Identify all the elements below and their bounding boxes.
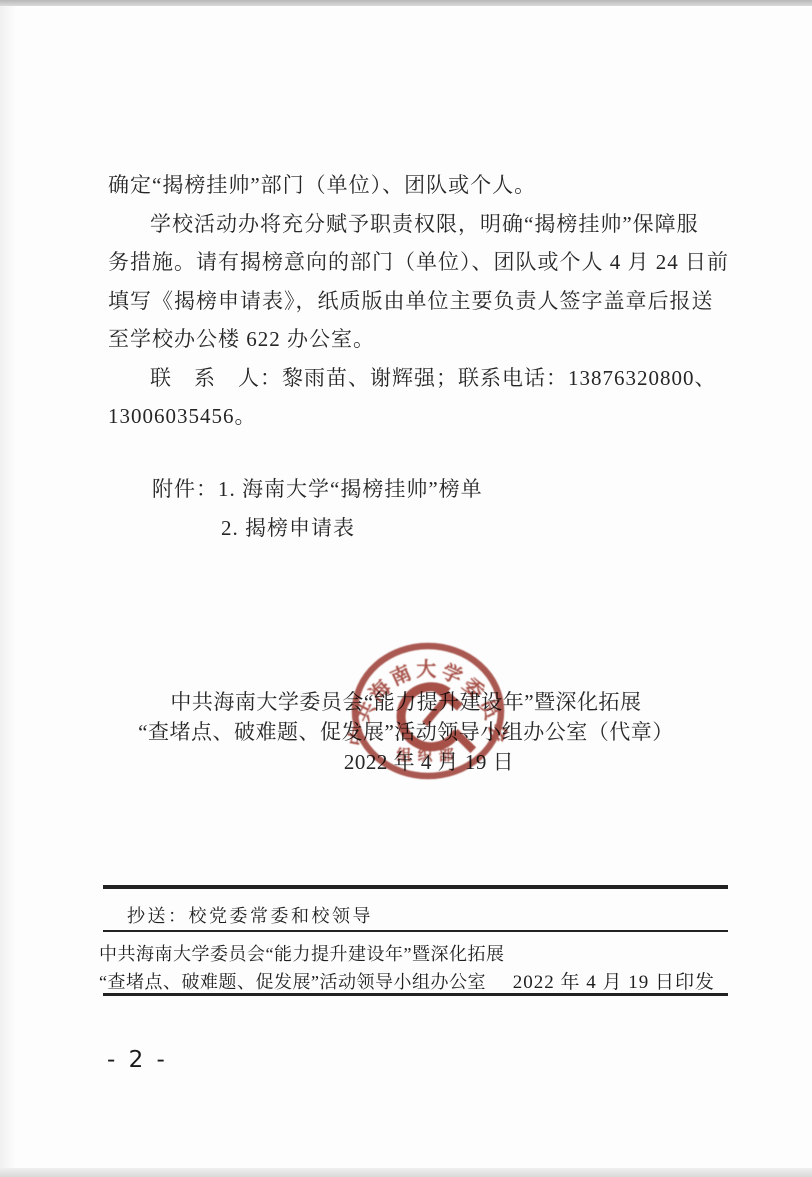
footer-rule-bottom	[103, 993, 728, 996]
body-line: 务措施。请有揭榜意向的部门（单位）、团队或个人 4 月 24 日前	[108, 243, 752, 282]
contact-phone-line: 13006035456。	[108, 397, 752, 436]
contact-line: 联 系 人：黎雨苗、谢辉强；联系电话：13876320800、	[108, 359, 752, 398]
seal-bottom-text: 组织部	[396, 746, 459, 764]
attachments: 附件：1. 海南大学“揭榜挂帅”榜单 2. 揭榜申请表	[108, 470, 728, 548]
scan-edge-top	[0, 0, 812, 6]
attachment-item-1: 附件：1. 海南大学“揭榜挂帅”榜单	[108, 470, 728, 509]
footer-issuer-line2: “查堵点、破难题、促发展”活动领导小组办公室	[99, 968, 486, 994]
document-page: 确定“揭榜挂帅”部门（单位）、团队或个人。 学校活动办将充分赋予职责权限，明确“…	[0, 0, 812, 1177]
body-line: 填写《揭榜申请表》，纸质版由单位主要负责人签字盖章后报送	[108, 282, 752, 321]
footer-rule-top	[103, 885, 728, 889]
footer-rule-middle	[103, 930, 728, 932]
official-red-seal: 中共海南大学委员会 组织部	[347, 638, 509, 784]
attachment-item-2: 2. 揭榜申请表	[108, 509, 728, 548]
body-line: 至学校办公楼 622 办公室。	[108, 320, 752, 359]
scan-edge-bottom	[0, 1168, 812, 1177]
page-number: - 2 -	[107, 1047, 168, 1073]
body-line: 学校活动办将充分赋予职责权限，明确“揭榜挂帅”保障服	[108, 205, 752, 244]
footer-cc-line: 抄送：校党委常委和校领导	[127, 902, 373, 928]
footer-issuer-line1: 中共海南大学委员会“能力提升建设年”暨深化拓展	[99, 940, 504, 966]
footer-print-date: 2022 年 4 月 19 日印发	[513, 967, 715, 994]
body-paragraphs: 确定“揭榜挂帅”部门（单位）、团队或个人。 学校活动办将充分赋予职责权限，明确“…	[108, 166, 752, 436]
scan-edge-left	[0, 6, 16, 1168]
body-line: 确定“揭榜挂帅”部门（单位）、团队或个人。	[108, 166, 752, 205]
